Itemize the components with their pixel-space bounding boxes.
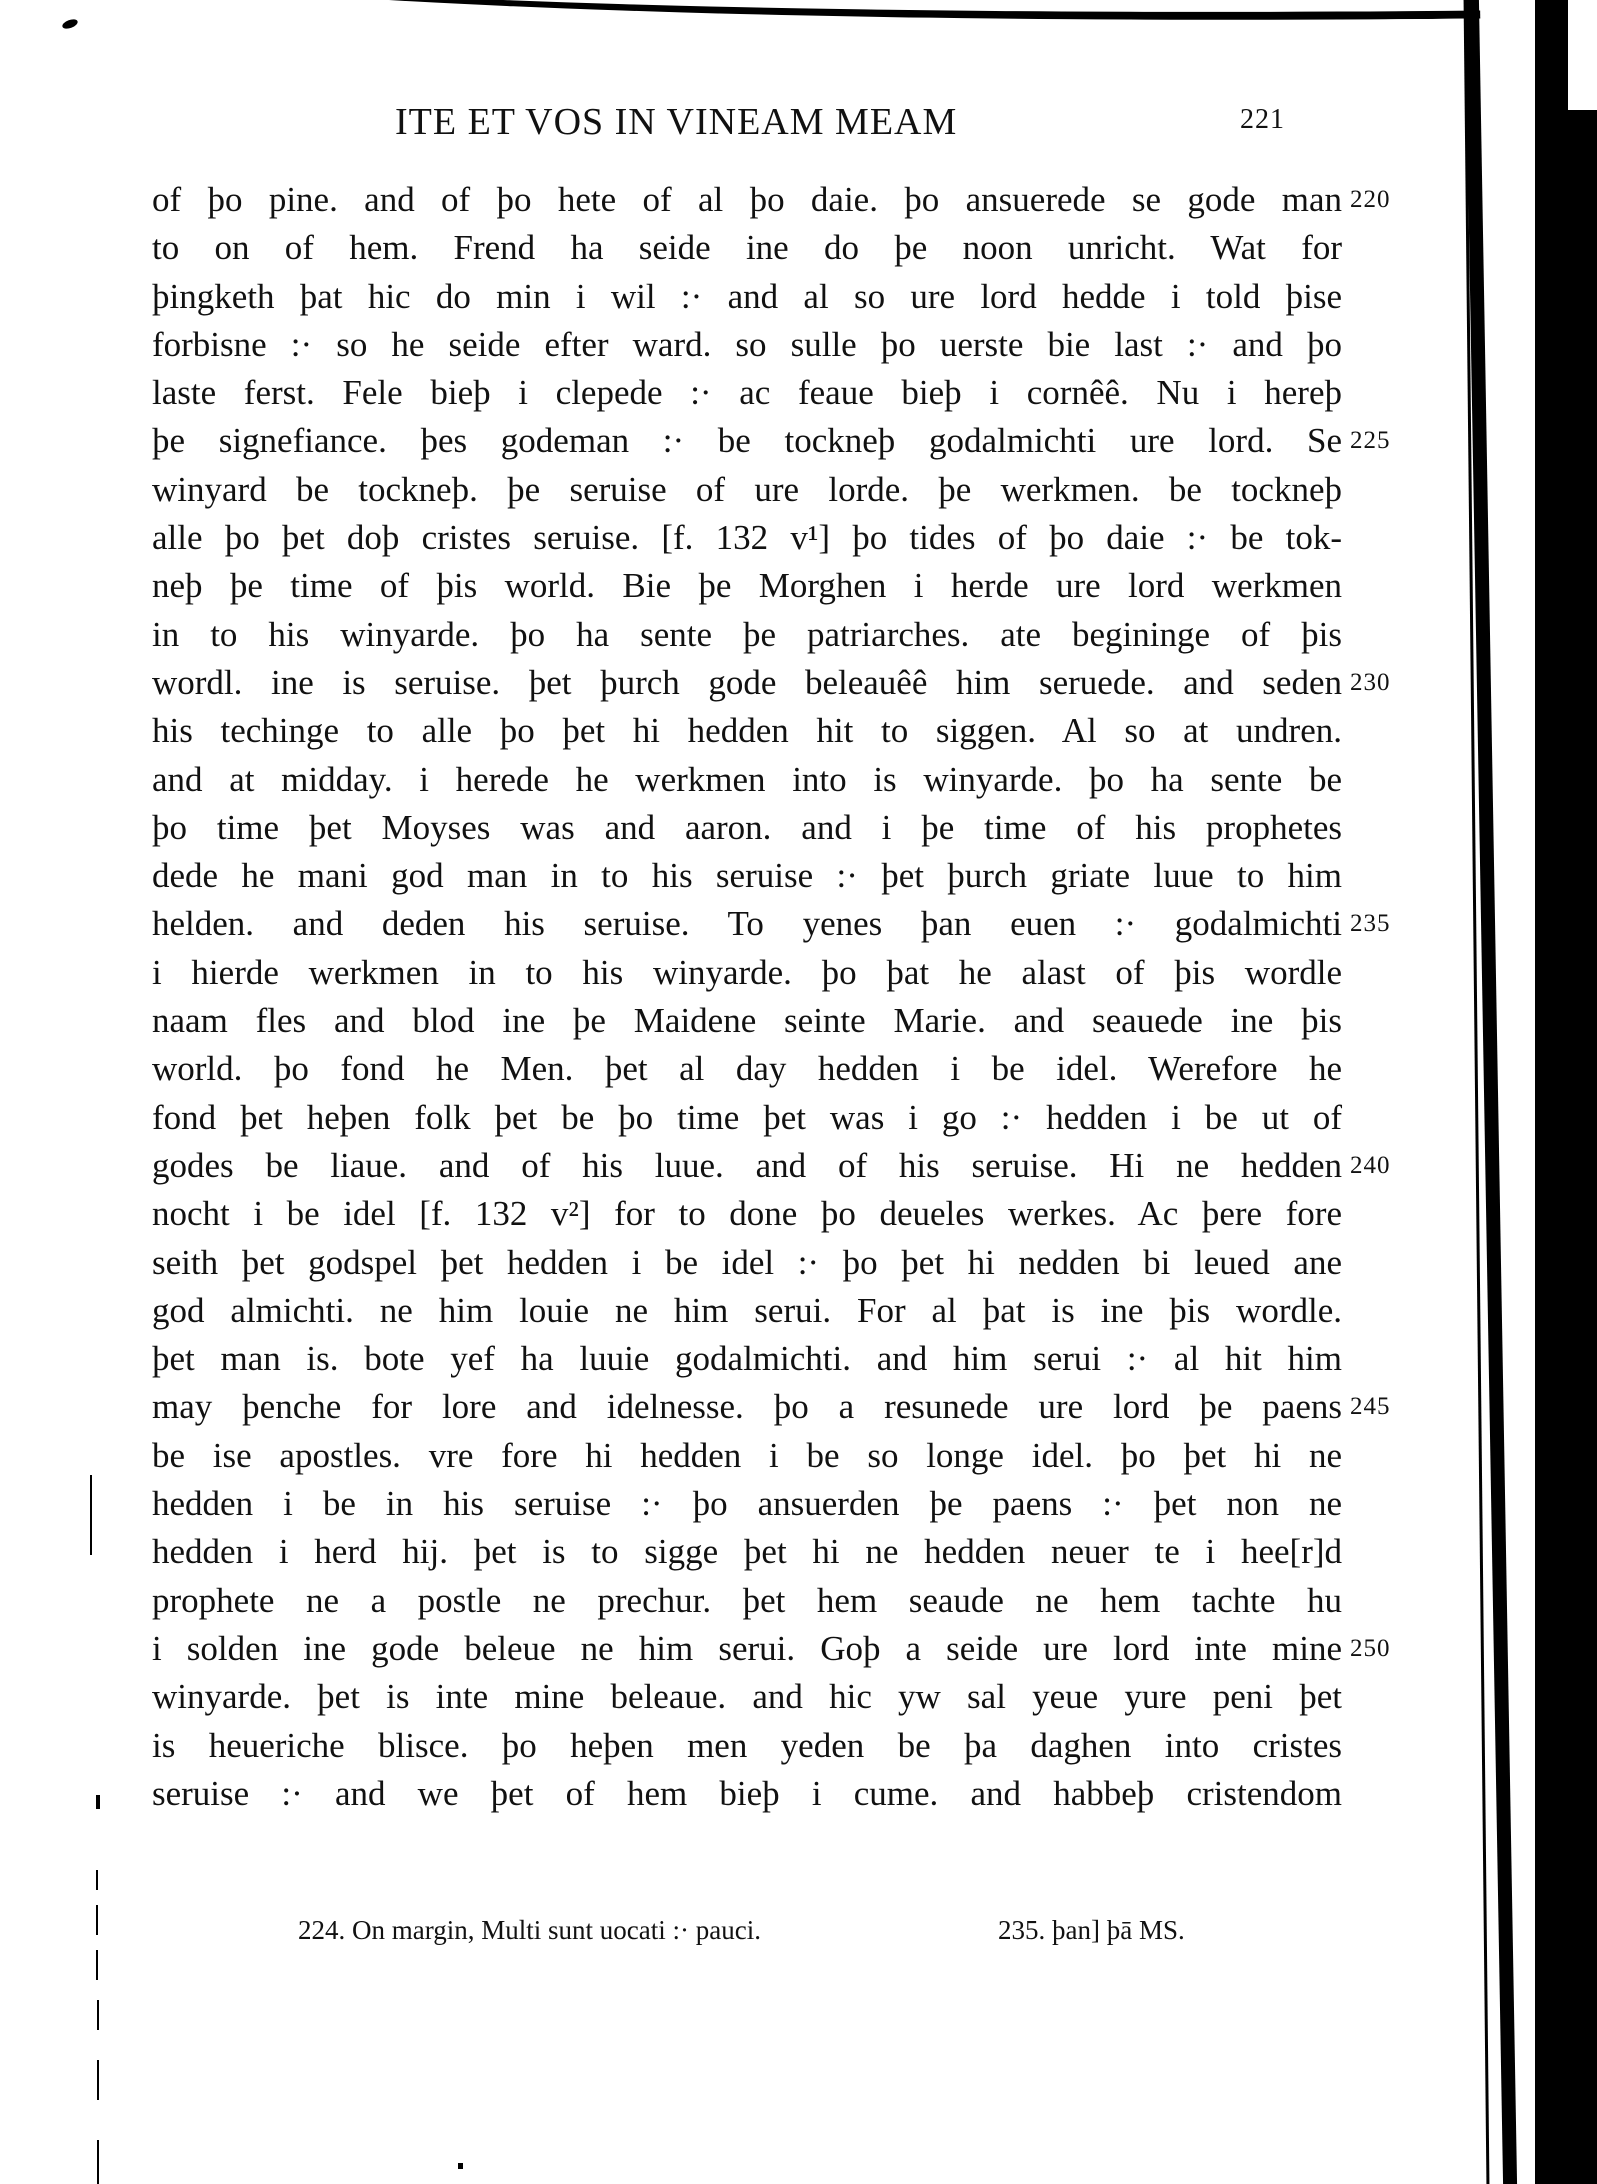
text-line: i hierde werkmen in to his winyarde. þo … [152,949,1342,997]
book-spine-shadow [1535,0,1597,2184]
text-line: of þo pine. and of þo hete of al þo daie… [152,176,1342,224]
page-edge-band [1465,0,1517,2184]
text-line: naam fles and blod ine þe Maidene seinte… [152,997,1342,1045]
text-line: prophete ne a postle ne prechur. þet hem… [152,1577,1342,1625]
margin-mark [96,1870,98,1890]
line-number: 235 [1350,900,1391,948]
body-text: of þo pine. and of þo hete of al þo daie… [152,176,1352,1818]
margin-mark [96,1795,100,1809]
text-line: þingketh þat hic do min i wil :· and al … [152,273,1342,321]
line-number: 225 [1350,417,1391,465]
scan-ink-blot [61,18,79,31]
text-line: þe signefiance. þes godeman :· be tockne… [152,417,1342,465]
line-number: 220 [1350,176,1391,224]
text-line: alle þo þet doþ cristes seruise. [f. 132… [152,514,1342,562]
margin-mark [97,2060,99,2100]
text-line: fond þet heþen folk þet be þo time þet w… [152,1094,1342,1142]
text-line: helden. and deden his seruise. To yenes … [152,900,1342,948]
text-line: winyard be tockneþ. þe seruise of ure lo… [152,466,1342,514]
footnote: 224. On margin, Multi sunt uocati :· pau… [298,1915,761,1946]
line-number: 245 [1350,1383,1391,1431]
text-line: seith þet godspel þet hedden i be idel :… [152,1239,1342,1287]
text-line: world. þo fond he Men. þet al day hedden… [152,1045,1342,1093]
text-line: in to his winyarde. þo ha sente þe patri… [152,611,1342,659]
text-line: þo time þet Moyses was and aaron. and i … [152,804,1342,852]
margin-mark [96,1905,98,1935]
text-line: to on of hem. Frend ha seide ine do þe n… [152,224,1342,272]
text-line: his techinge to alle þo þet hi hedden hi… [152,707,1342,755]
spine-highlight [1568,0,1597,110]
text-line: wordl. ine is seruise. þet þurch gode be… [152,659,1342,707]
text-line: and at midday. i herede he werkmen into … [152,756,1342,804]
text-line: may þenche for lore and idelnesse. þo a … [152,1383,1342,1431]
text-line: winyarde. þet is inte mine beleaue. and … [152,1673,1342,1721]
text-line: seruise :· and we þet of hem bieþ i cume… [152,1770,1342,1818]
text-line: is heueriche blisce. þo heþen men yeden … [152,1722,1342,1770]
running-head: ITE ET VOS IN VINEAM MEAM [395,100,957,144]
margin-mark [96,1950,98,1980]
line-number: 230 [1350,659,1391,707]
line-number: 240 [1350,1142,1391,1190]
text-line: þet man is. bote yef ha luuie godalmicht… [152,1335,1342,1383]
text-line: laste ferst. Fele bieþ i clepede :· ac f… [152,369,1342,417]
text-line: hedden i be in his seruise :· þo ansuerd… [152,1480,1342,1528]
text-line: dede he mani god man in to his seruise :… [152,852,1342,900]
footnote: 235. þan] þā MS. [998,1915,1185,1946]
margin-mark [90,1515,92,1555]
text-line: be ise apostles. vre fore hi hedden i be… [152,1432,1342,1480]
margin-mark [97,2140,99,2184]
text-line: forbisne :· so he seide efter ward. so s… [152,321,1342,369]
scan-speck [458,2163,463,2169]
text-line: neþ þe time of þis world. Bie þe Morghen… [152,562,1342,610]
scan-edge-shadow-top [40,0,1481,34]
margin-mark [97,2000,99,2030]
line-number: 250 [1350,1625,1391,1673]
text-line: i solden ine gode beleue ne him serui. G… [152,1625,1342,1673]
text-line: hedden i herd hij. þet is to sigge þet h… [152,1528,1342,1576]
page-number: 221 [1240,104,1285,136]
text-line: nocht i be idel [f. 132 v²] for to done … [152,1190,1342,1238]
text-line: god almichti. ne him louie ne him serui.… [152,1287,1342,1335]
text-line: godes be liaue. and of his luue. and of … [152,1142,1342,1190]
